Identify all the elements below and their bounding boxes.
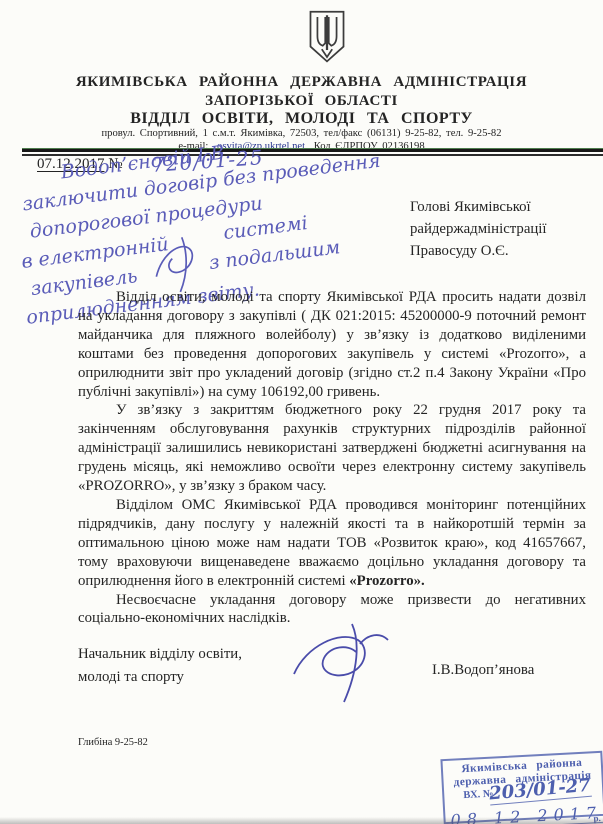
org-name-line2: ЗАПОРІЗЬКОЇ ОБЛАСТІ: [0, 93, 603, 110]
stamp-date-row: 08 12 2017 р.: [450, 803, 599, 824]
paragraph-1: Відділ освіти, молоді та спорту Якимівсь…: [78, 288, 586, 401]
addressee-block: Голові Якимівської райдержадміністрації …: [410, 196, 547, 262]
stamp-year-suffix: р.: [593, 813, 601, 823]
paragraph-3-text: Відділом ОМС Якимівської РДА проводився …: [78, 497, 586, 589]
paragraph-3: Відділом ОМС Якимівської РДА проводився …: [78, 496, 586, 591]
addressee-line: Правосуду О.Є.: [410, 240, 547, 262]
addressee-line: Голові Якимівської: [410, 196, 547, 218]
department-name: ВІДДІЛ ОСВІТИ, МОЛОДІ ТА СПОРТУ: [0, 110, 603, 128]
paragraph-3-bold-prozorro: «Prozorro».: [349, 573, 424, 589]
scanned-letter-page: ЯКИМІВСЬКА РАЙОННА ДЕРЖАВНА АДМІНІСТРАЦІ…: [0, 0, 603, 824]
executor-contact: Глибіна 9-25-82: [78, 737, 148, 748]
ukraine-trident-emblem-icon: [307, 9, 347, 70]
stamp-date-handwritten: 08 12 2017: [450, 803, 602, 824]
paragraph-2: У зв’язку з закриттям бюджетного року 22…: [78, 401, 586, 496]
incoming-registration-stamp: Якимівська районна державна адміністраці…: [440, 751, 603, 824]
signer-position: Начальник відділу освіти, молоді та спор…: [78, 643, 242, 689]
signer-name: І.В.Водоп’янова: [432, 662, 534, 679]
letter-body: Відділ освіти, молоді та спорту Якимівсь…: [78, 288, 586, 628]
addressee-line: райдержадміністрації: [410, 218, 547, 240]
org-name-line1: ЯКИМІВСЬКА РАЙОННА ДЕРЖАВНА АДМІНІСТРАЦІ…: [0, 74, 603, 91]
signer-position-line1: Начальник відділу освіти,: [78, 643, 242, 666]
signature-flourish-icon: [288, 618, 398, 711]
signer-position-line2: молоді та спорту: [78, 666, 242, 689]
